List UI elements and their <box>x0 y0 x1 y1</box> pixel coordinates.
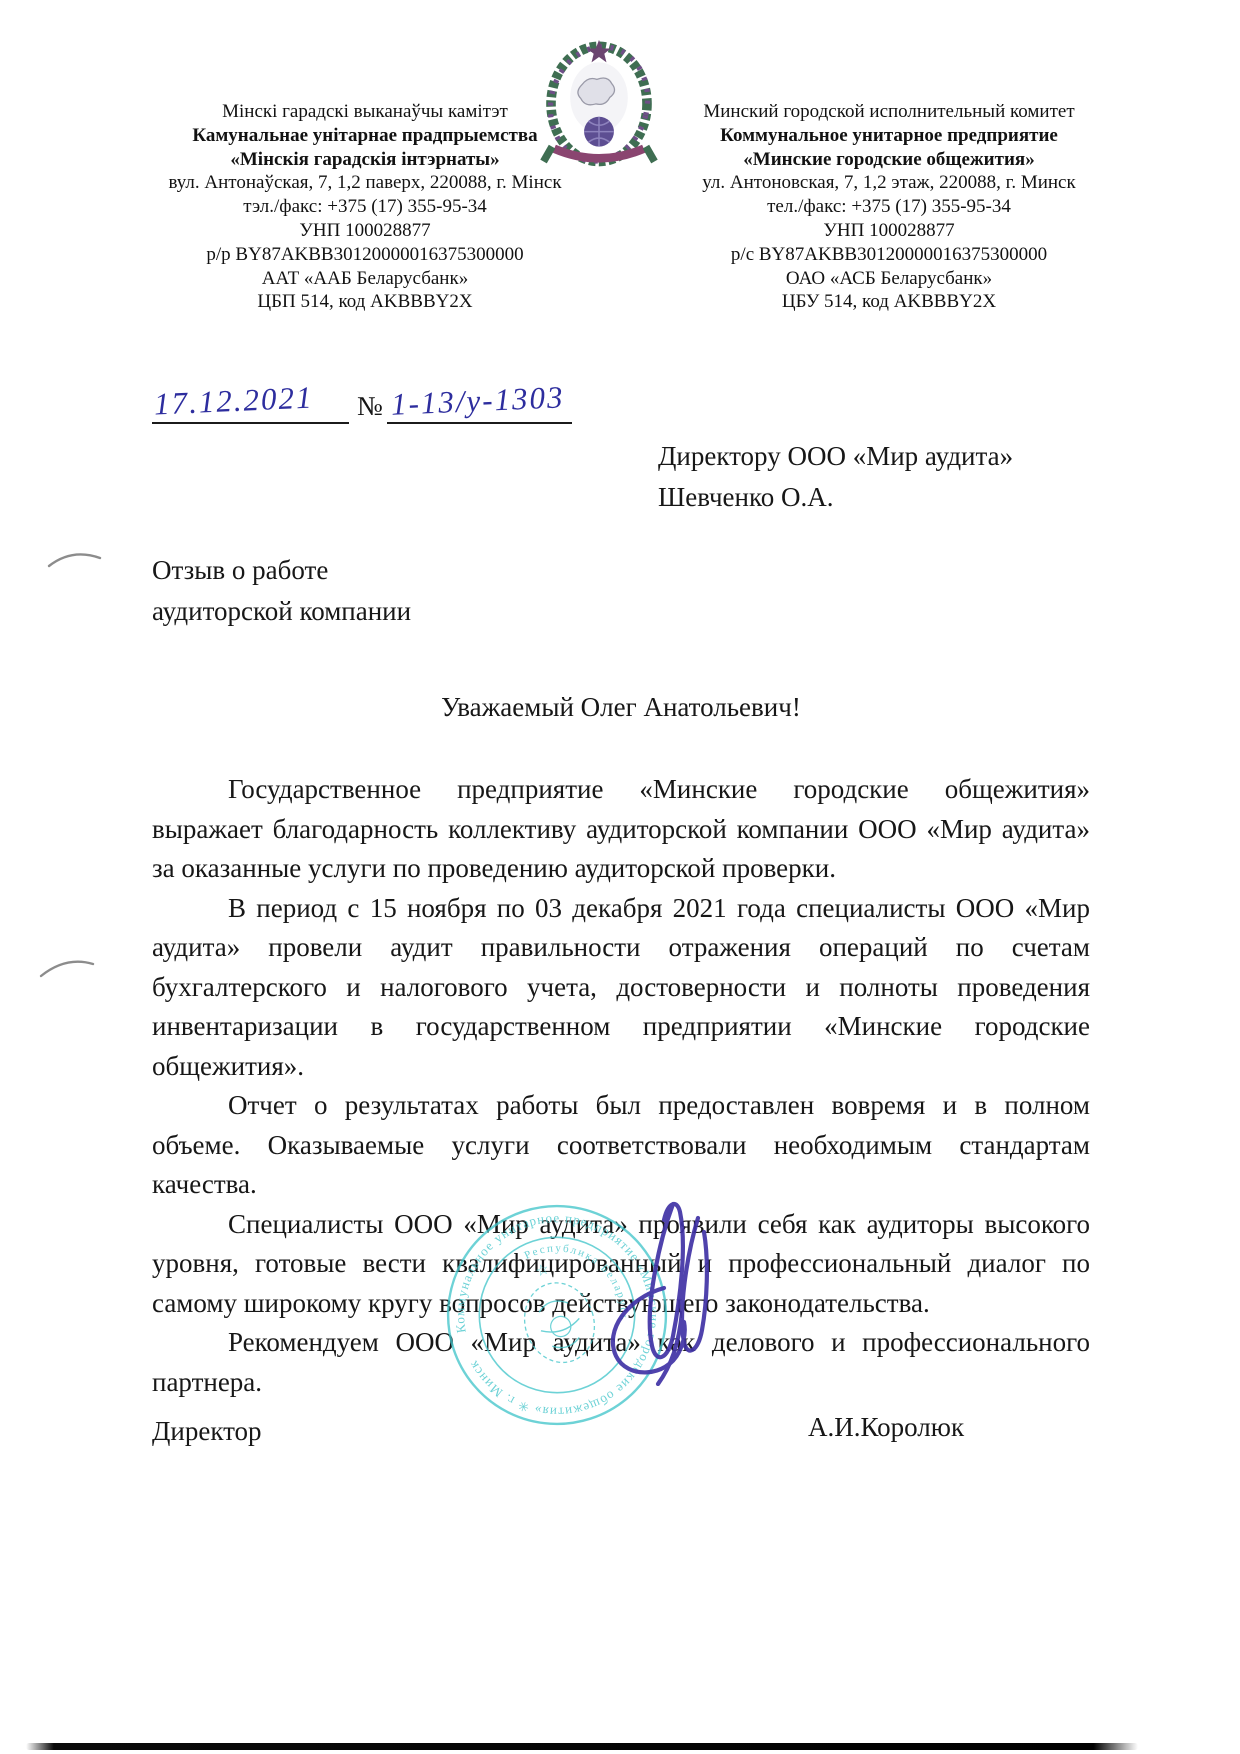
signer-title: Директор <box>152 1416 262 1447</box>
body-paragraph: Государственное предприятие «Минские гор… <box>152 770 1090 889</box>
letterhead-left-line: «Мінскія гарадскія інтэрнаты» <box>128 148 602 172</box>
scanner-edge-artifact <box>26 1743 1138 1750</box>
letterhead-left-line: тэл./факс: +375 (17) 355-95-34 <box>128 195 602 219</box>
letterhead-russian: Минский городской исполнительный комитет… <box>652 100 1126 314</box>
scan-pen-mark <box>38 952 96 984</box>
addressee-block: Директору ООО «Мир аудита» Шевченко О.А. <box>658 436 1013 518</box>
reference-line: 17.12.2021 № 1-13/у-1303 <box>152 383 572 424</box>
letterhead-right-line: «Минские городские общежития» <box>652 148 1126 172</box>
handwritten-number-field: 1-13/у-1303 <box>387 383 572 424</box>
letterhead-right-line: ул. Антоновская, 7, 1,2 этаж, 220088, г.… <box>652 171 1126 195</box>
handwritten-date: 17.12.2021 <box>153 380 314 423</box>
subject-block: Отзыв о работе аудиторской компании <box>152 550 411 632</box>
addressee-title: Директору ООО «Мир аудита» <box>658 436 1013 477</box>
subject-line: аудиторской компании <box>152 591 411 632</box>
addressee-name: Шевченко О.А. <box>658 477 1013 518</box>
stamp-star-icon: ☆ <box>533 1261 551 1280</box>
handwritten-number: 1-13/у-1303 <box>390 379 565 423</box>
salutation: Уважаемый Олег Анатольевич! <box>152 692 1090 723</box>
letterhead-right-line: ОАО «АСБ Беларусбанк» <box>652 267 1126 291</box>
letterhead-left-line: вул. Антонаўская, 7, 1,2 паверх, 220088,… <box>128 171 602 195</box>
letterhead-left-line: Камунальнае унітарнае прадпрыемства <box>128 124 602 148</box>
letterhead-left-line: ААТ «ААБ Беларусбанк» <box>128 267 602 291</box>
letterhead-left-line: р/р BY87AKBB30120000016375300000 <box>128 243 602 267</box>
letterhead-right-line: Минский городской исполнительный комитет <box>652 100 1126 124</box>
letterhead-right-line: Коммунальное унитарное предприятие <box>652 124 1126 148</box>
body-paragraph: Отчет о результатах работы был предостав… <box>152 1086 1090 1205</box>
handwritten-date-field: 17.12.2021 <box>152 383 349 424</box>
signer-name: А.И.Королюк <box>808 1412 964 1443</box>
letterhead-right-line: ЦБУ 514, код AKBBBY2X <box>652 290 1126 314</box>
body-paragraph: В период с 15 ноября по 03 декабря 2021 … <box>152 889 1090 1087</box>
letterhead-left-line: ЦБП 514, код AKBBBY2X <box>128 290 602 314</box>
letterhead-left-line: Мінскі гарадскі выканаўчы камітэт <box>128 100 602 124</box>
letterhead-right-line: УНП 100028877 <box>652 219 1126 243</box>
letterhead-left-line: УНП 100028877 <box>128 219 602 243</box>
letterhead-right-line: р/с BY87AKBB30120000016375300000 <box>652 243 1126 267</box>
subject-line: Отзыв о работе <box>152 550 411 591</box>
scan-pen-mark <box>46 544 104 576</box>
letterhead-right-line: тел./факс: +375 (17) 355-95-34 <box>652 195 1126 219</box>
number-sign: № <box>349 391 387 424</box>
scanned-letter-page: Мінскі гарадскі выканаўчы камітэт Камуна… <box>0 0 1240 1754</box>
director-signature-ink <box>576 1196 728 1386</box>
letterhead-belarusian: Мінскі гарадскі выканаўчы камітэт Камуна… <box>128 100 602 314</box>
